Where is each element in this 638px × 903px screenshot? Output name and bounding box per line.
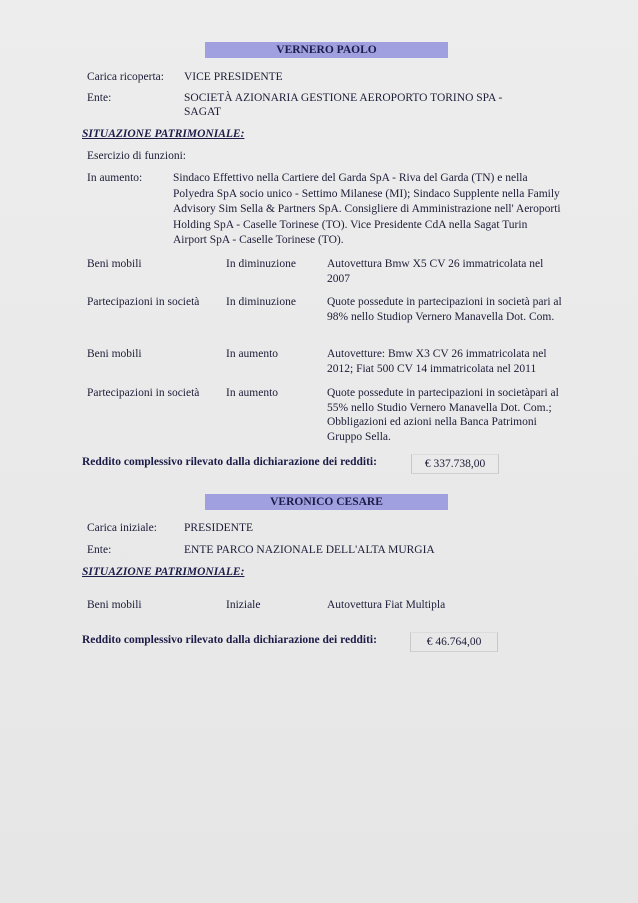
asset-change: In aumento	[226, 386, 278, 401]
ente-label: Ente:	[87, 91, 111, 105]
asset-category: Partecipazioni in società	[87, 295, 199, 310]
asset-description: Quote possedute in partecipazioni in soc…	[327, 386, 562, 444]
person-name-header: VERONICO CESARE	[205, 494, 448, 510]
situazione-patrimoniale-title: SITUAZIONE PATRIMONIALE:	[82, 566, 244, 578]
asset-category: Beni mobili	[87, 347, 142, 362]
asset-category: Partecipazioni in società	[87, 386, 199, 401]
asset-change: In aumento	[226, 347, 278, 362]
asset-category: Beni mobili	[87, 598, 142, 613]
ente-label: Ente:	[87, 543, 111, 557]
situazione-patrimoniale-title: SITUAZIONE PATRIMONIALE:	[82, 128, 244, 140]
asset-change: Iniziale	[226, 598, 260, 613]
income-label: Reddito complessivo rilevato dalla dichi…	[82, 456, 377, 468]
asset-description: Autovetture: Bmw X3 CV 26 immatricolata …	[327, 347, 562, 376]
asset-description: Autovettura Fiat Multipla	[327, 598, 562, 613]
income-label: Reddito complessivo rilevato dalla dichi…	[82, 634, 377, 646]
asset-change: In diminuzione	[226, 257, 296, 272]
ente-value: ENTE PARCO NAZIONALE DELL'ALTA MURGIA	[184, 543, 584, 557]
in-aumento-label: In aumento:	[87, 172, 142, 184]
asset-change: In diminuzione	[226, 295, 296, 310]
carica-value: VICE PRESIDENTE	[184, 70, 514, 84]
person-name-header: VERNERO PAOLO	[205, 42, 448, 58]
asset-category: Beni mobili	[87, 257, 142, 272]
income-value-box: € 46.764,00	[410, 632, 498, 652]
esercizio-label: Esercizio di funzioni:	[87, 150, 186, 162]
ente-value: SOCIETÀ AZIONARIA GESTIONE AEROPORTO TOR…	[184, 91, 504, 119]
carica-value: PRESIDENTE	[184, 521, 514, 535]
carica-label: Carica ricoperta:	[87, 70, 164, 84]
carica-label: Carica iniziale:	[87, 521, 157, 535]
asset-description: Quote possedute in partecipazioni in soc…	[327, 295, 562, 324]
document-page: VERNERO PAOLO Carica ricoperta: VICE PRE…	[0, 0, 638, 903]
in-aumento-value: Sindaco Effettivo nella Cartiere del Gar…	[173, 171, 563, 249]
income-value-box: € 337.738,00	[411, 454, 499, 474]
asset-description: Autovettura Bmw X5 CV 26 immatricolata n…	[327, 257, 562, 286]
